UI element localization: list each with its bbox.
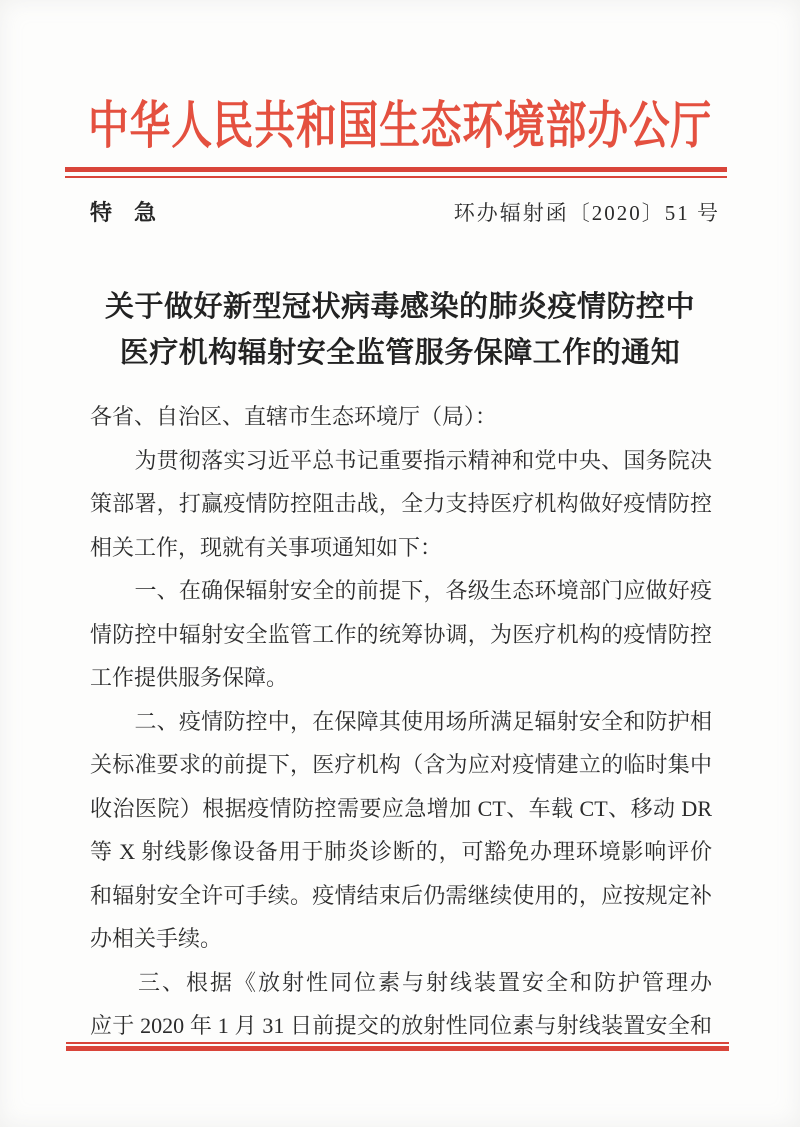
body-text: 各省、自治区、直辖市生态环境厅（局）： 为贯彻落实习近平总书记重要指示精神和党中… [90, 395, 712, 1048]
rule-thin-bar [65, 176, 727, 178]
body-line: 和辐射安全许可手续。疫情结束后仍需继续使用的，应按规定补 [90, 874, 712, 918]
body-line: 相关工作，现就有关事项通知如下： [90, 526, 712, 570]
document-title-line1: 关于做好新型冠状病毒感染的肺炎疫情防控中 [0, 284, 800, 330]
document-title: 关于做好新型冠状病毒感染的肺炎疫情防控中 医疗机构辐射安全监管服务保障工作的通知 [0, 284, 800, 376]
body-line: 一、在确保辐射安全的前提下，各级生态环境部门应做好疫 [90, 569, 712, 613]
masthead: 中华人民共和国生态环境部办公厅 [0, 84, 800, 158]
body-line: 策部署，打赢疫情防控阻击战，全力支持医疗机构做好疫情防控 [90, 482, 712, 526]
body-line: 办相关手续。 [90, 917, 712, 961]
urgency-label: 特 急 [90, 196, 156, 227]
document-title-line2: 医疗机构辐射安全监管服务保障工作的通知 [0, 330, 800, 376]
body-line: 等 X 射线影像设备用于肺炎诊断的，可豁免办理环境影响评价 [90, 830, 712, 874]
body-line: 二、疫情防控中，在保障其使用场所满足辐射安全和防护相 [90, 700, 712, 744]
rule-thick-bar [66, 1046, 729, 1051]
body-line: 关标准要求的前提下，医疗机构（含为应对疫情建立的临时集中 [90, 743, 712, 787]
scanned-official-document: 中华人民共和国生态环境部办公厅 特 急 环办辐射函〔2020〕51 号 关于做好… [0, 0, 800, 1127]
document-number: 环办辐射函〔2020〕51 号 [454, 197, 720, 227]
body-line: 三、根据《放射性同位素与射线装置安全和防护管理办法》， [90, 961, 712, 1005]
body-line: 为贯彻落实习近平总书记重要指示精神和党中央、国务院决 [90, 439, 712, 483]
body-line: 各省、自治区、直辖市生态环境厅（局）： [90, 395, 712, 439]
page-bottom-double-rule [66, 1042, 729, 1051]
body-line: 工作提供服务保障。 [90, 656, 712, 700]
masthead-double-rule [65, 167, 727, 178]
meta-row: 特 急 环办辐射函〔2020〕51 号 [90, 196, 720, 227]
body-line: 应于 2020 年 1 月 31 日前提交的放射性同位素与射线装置安全和 [90, 1004, 712, 1048]
body-line: 情防控中辐射安全监管工作的统筹协调，为医疗机构的疫情防控 [90, 613, 712, 657]
masthead-agency-name: 中华人民共和国生态环境部办公厅 [88, 84, 712, 158]
body-line: 收治医院）根据疫情防控需要应急增加 CT、车载 CT、移动 DR [90, 787, 712, 831]
